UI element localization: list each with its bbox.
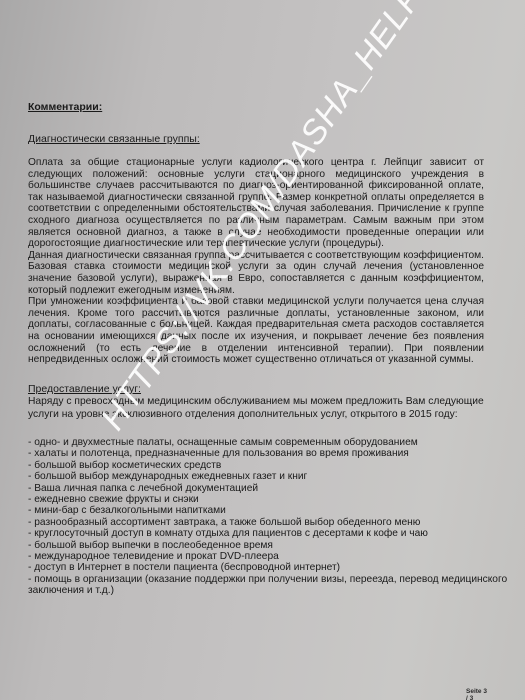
list-item: - доступ в Интернет в постели пациента (…: [28, 562, 508, 573]
list-item: - большой выбор выпечки в послеобеденное…: [28, 540, 508, 551]
services-intro: Наряду с превосходным медицинским обслуж…: [28, 396, 498, 421]
document-page: Комментарии: Диагностически связанные гр…: [28, 0, 488, 700]
comments-heading: Комментарии:: [28, 101, 102, 113]
list-item: - Ваша личная папка с лечебной документа…: [28, 483, 508, 494]
list-item: - большой выбор международных ежедневных…: [28, 471, 508, 482]
drg-paragraph: Оплата за общие стационарные услуги кади…: [28, 157, 484, 250]
list-item: - международное телевидение и прокат DVD…: [28, 551, 508, 562]
services-heading: Предоставление услуг:: [28, 383, 141, 395]
services-list: - одно- и двухместные палаты, оснащенные…: [28, 437, 508, 597]
list-item: - круглосуточный доступ в комнату отдыха…: [28, 528, 508, 539]
drg-paragraph: При умножении коэффициента и базовой ста…: [28, 296, 484, 366]
drg-paragraph: Данная диагностически связанная группа р…: [28, 250, 484, 296]
list-item: - разнообразный ассортимент завтрака, а …: [28, 517, 508, 528]
list-item: - ежедневно свежие фрукты и снэки: [28, 494, 508, 505]
page-number: Seite 3 / 3: [466, 688, 488, 700]
list-item: - мини-бар с безалкогольными напитками: [28, 505, 508, 516]
drg-body: Оплата за общие стационарные услуги кади…: [28, 157, 484, 366]
list-item: - помощь в организации (оказание поддерж…: [28, 574, 508, 597]
drg-heading: Диагностически связанные группы:: [28, 133, 200, 145]
list-item: - халаты и полотенца, предназначенные дл…: [28, 448, 508, 459]
list-item: - большой выбор косметических средств: [28, 460, 508, 471]
list-item: - одно- и двухместные палаты, оснащенные…: [28, 437, 508, 448]
